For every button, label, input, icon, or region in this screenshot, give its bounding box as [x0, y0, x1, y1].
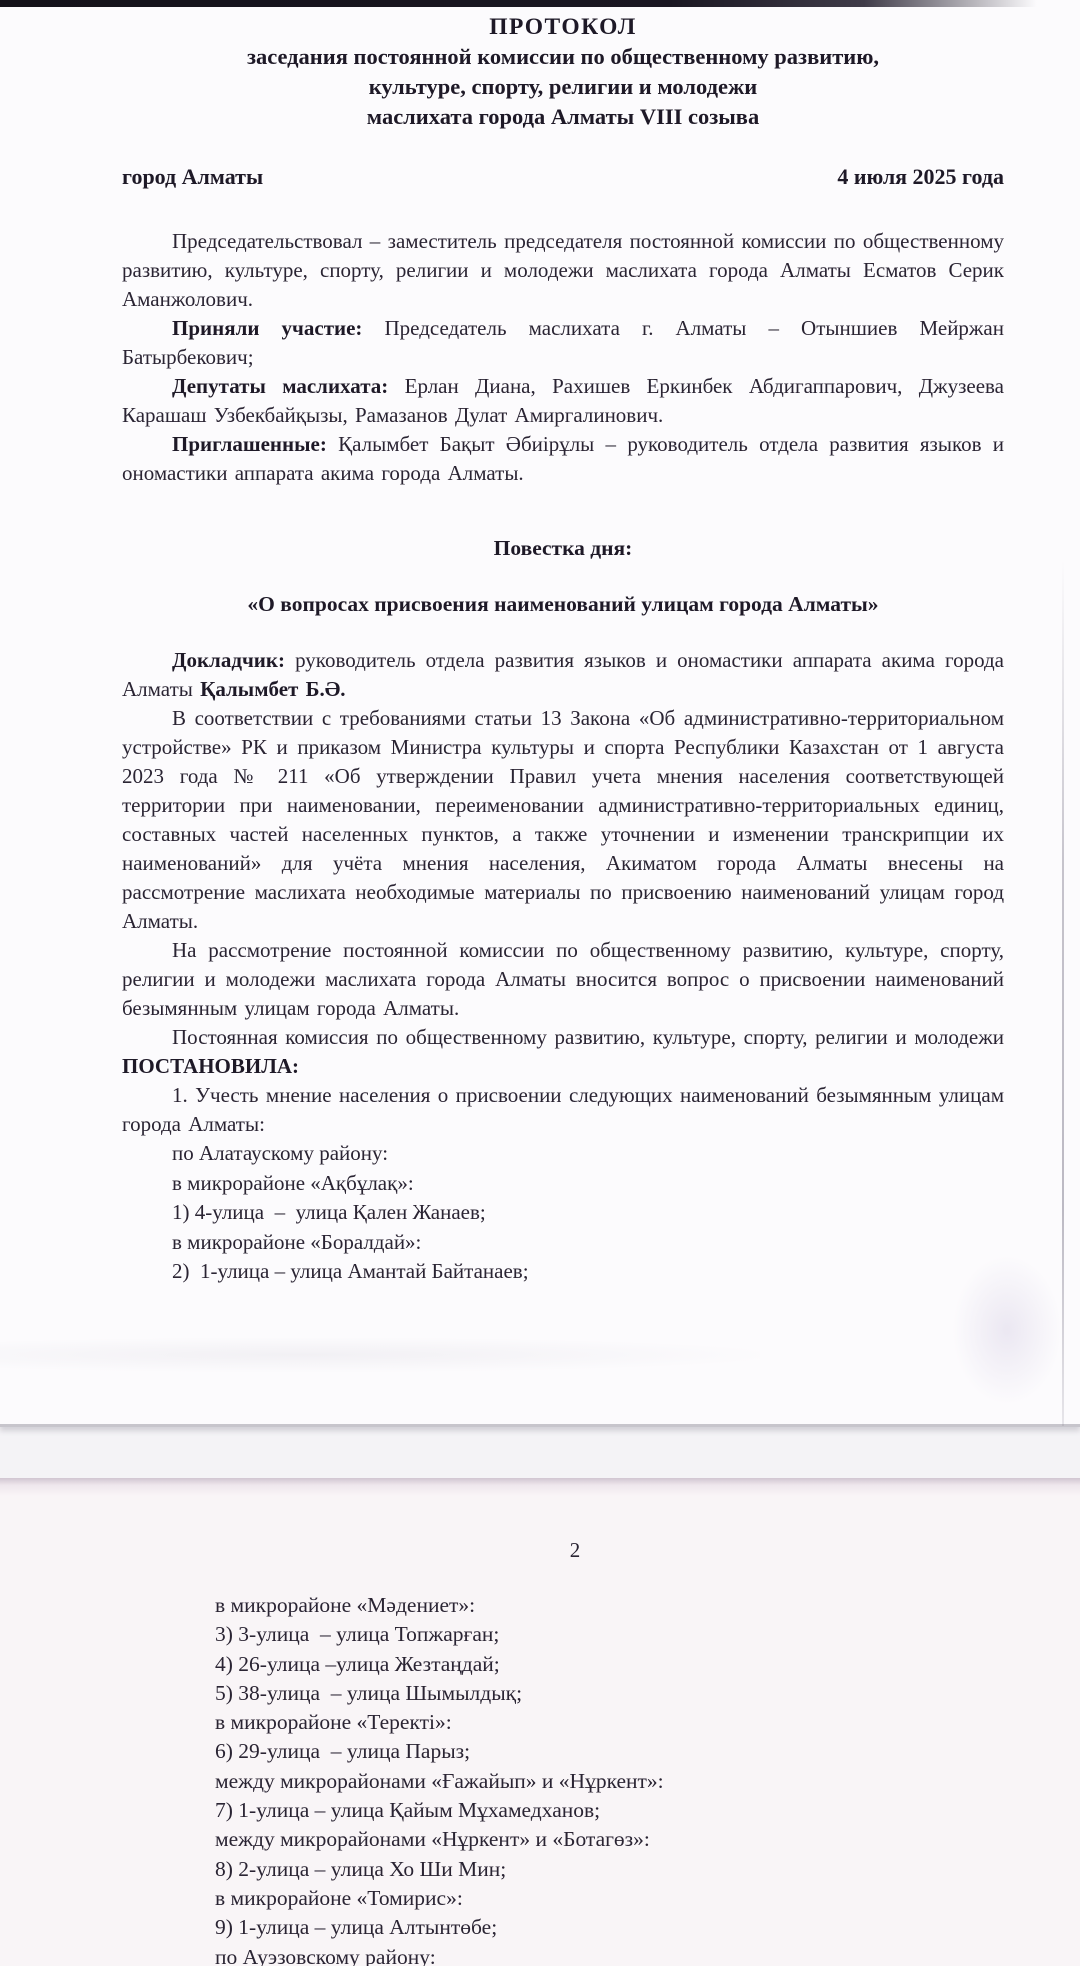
scan-top-edge-artifact [0, 0, 1080, 7]
street-list-page-1: по Алатаускому району: в микрорайоне «Ақ… [172, 1139, 1004, 1287]
street-naming-line: 2) 1-улица – улица Амантай Байтанаев; [172, 1257, 1004, 1287]
street-naming-line: 9) 1-улица – улица Алтынтөбе; [215, 1913, 1020, 1942]
title-line-4: маслихата города Алматы VIII созыва [122, 102, 1004, 132]
paragraph-lead: Депутаты маслихата: [172, 374, 405, 398]
place-date-row: город Алматы 4 июля 2025 года [122, 162, 1004, 191]
title-line-3: культуре, спорту, религии и молодежи [122, 72, 1004, 102]
paragraph-lead: Приняли участие: [172, 316, 385, 340]
paragraph-tail: ПОСТАНОВИЛА: [122, 1054, 299, 1078]
paragraph-resolution: Постоянная комиссия по общественному раз… [122, 1023, 1004, 1081]
paragraph-lead: Приглашенные: [172, 432, 338, 456]
paragraph-chairman: Председательствовал – заместитель предсе… [122, 227, 1004, 314]
district-line: по Алатаускому району: [172, 1139, 1004, 1169]
paragraph-point-1: 1. Учесть мнение населения о присвоении … [122, 1081, 1004, 1139]
page-number: 2 [70, 1538, 1080, 1563]
document-date: 4 июля 2025 года [837, 162, 1004, 191]
paragraph-submission: На рассмотрение постоянной комиссии по о… [122, 936, 1004, 1023]
paragraph-tail: Қалымбет Б.Ә. [200, 677, 345, 701]
agenda-item: «О вопросах присвоения наименований улиц… [122, 590, 1004, 619]
paragraph-lead: Докладчик: [172, 648, 295, 672]
title-line-2: заседания постоянной комиссии по обществ… [122, 42, 1004, 72]
scan-right-edge-artifact [1062, 560, 1064, 1426]
document-page-2: 2 в микрорайоне «Мәдениет»: 3) 3-улица –… [0, 1478, 1080, 1966]
document-header: ПРОТОКОЛ заседания постоянной комиссии п… [122, 0, 1004, 132]
street-naming-line: 5) 38-улица – улица Шымылдық; [215, 1679, 1020, 1708]
document-body: Председательствовал – заместитель предсе… [122, 227, 1004, 1287]
scan-blotch-artifact [952, 1255, 1062, 1405]
street-naming-line: 8) 2-улица – улица Хо Ши Мин; [215, 1855, 1020, 1884]
paragraph-legal-basis: В соответствии с требованиями статьи 13 … [122, 704, 1004, 936]
agenda-heading: Повестка дня: [122, 534, 1004, 563]
paragraph-invited: Приглашенные: Қалымбет Бақыт Әбиірұлы – … [122, 430, 1004, 488]
document-page-1: ПРОТОКОЛ заседания постоянной комиссии п… [0, 0, 1080, 1427]
between-microdistricts-line: между микрорайонами «Нұркент» и «Ботагөз… [215, 1825, 1020, 1854]
scan-smudge-artifact [0, 1338, 760, 1372]
street-naming-line: 4) 26-улица –улица Жезтаңдай; [215, 1650, 1020, 1679]
scanned-protocol-document: ПРОТОКОЛ заседания постоянной комиссии п… [0, 0, 1080, 1966]
microdistrict-line: в микрорайоне «Боралдай»: [172, 1228, 1004, 1258]
street-naming-line: 3) 3-улица – улица Топжарған; [215, 1620, 1020, 1649]
paragraph-speaker: Докладчик: руководитель отдела развития … [122, 646, 1004, 704]
paragraph-text: Постоянная комиссия по общественному раз… [172, 1025, 1004, 1049]
document-title: ПРОТОКОЛ [122, 12, 1004, 42]
district-line: по Ауэзовскому району: [215, 1943, 1020, 1966]
document-place: город Алматы [122, 162, 263, 191]
paragraph-deputies: Депутаты маслихата: Ерлан Диана, Рахишев… [122, 372, 1004, 430]
microdistrict-line: в микрорайоне «Томирис»: [215, 1884, 1020, 1913]
paragraph-text: В соответствии с требованиями статьи 13 … [122, 706, 1004, 933]
paragraph-text: 1. Учесть мнение населения о присвоении … [122, 1083, 1004, 1136]
street-naming-line: 7) 1-улица – улица Қайым Мұхамедханов; [215, 1796, 1020, 1825]
paragraph-text: Председательствовал – заместитель предсе… [122, 229, 1004, 311]
paragraph-participants: Приняли участие: Председатель маслихата … [122, 314, 1004, 372]
paragraph-text: На рассмотрение постоянной комиссии по о… [122, 938, 1004, 1020]
street-naming-line: 6) 29-улица – улица Парыз; [215, 1737, 1020, 1766]
street-naming-line: 1) 4-улица – улица Қален Жанаев; [172, 1198, 1004, 1228]
microdistrict-line: в микрорайоне «Мәдениет»: [215, 1591, 1020, 1620]
microdistrict-line: в микрорайоне «Теректі»: [215, 1708, 1020, 1737]
between-microdistricts-line: между микрорайонами «Ғажайып» и «Нұркент… [215, 1767, 1020, 1796]
microdistrict-line: в микрорайоне «Ақбұлақ»: [172, 1169, 1004, 1199]
